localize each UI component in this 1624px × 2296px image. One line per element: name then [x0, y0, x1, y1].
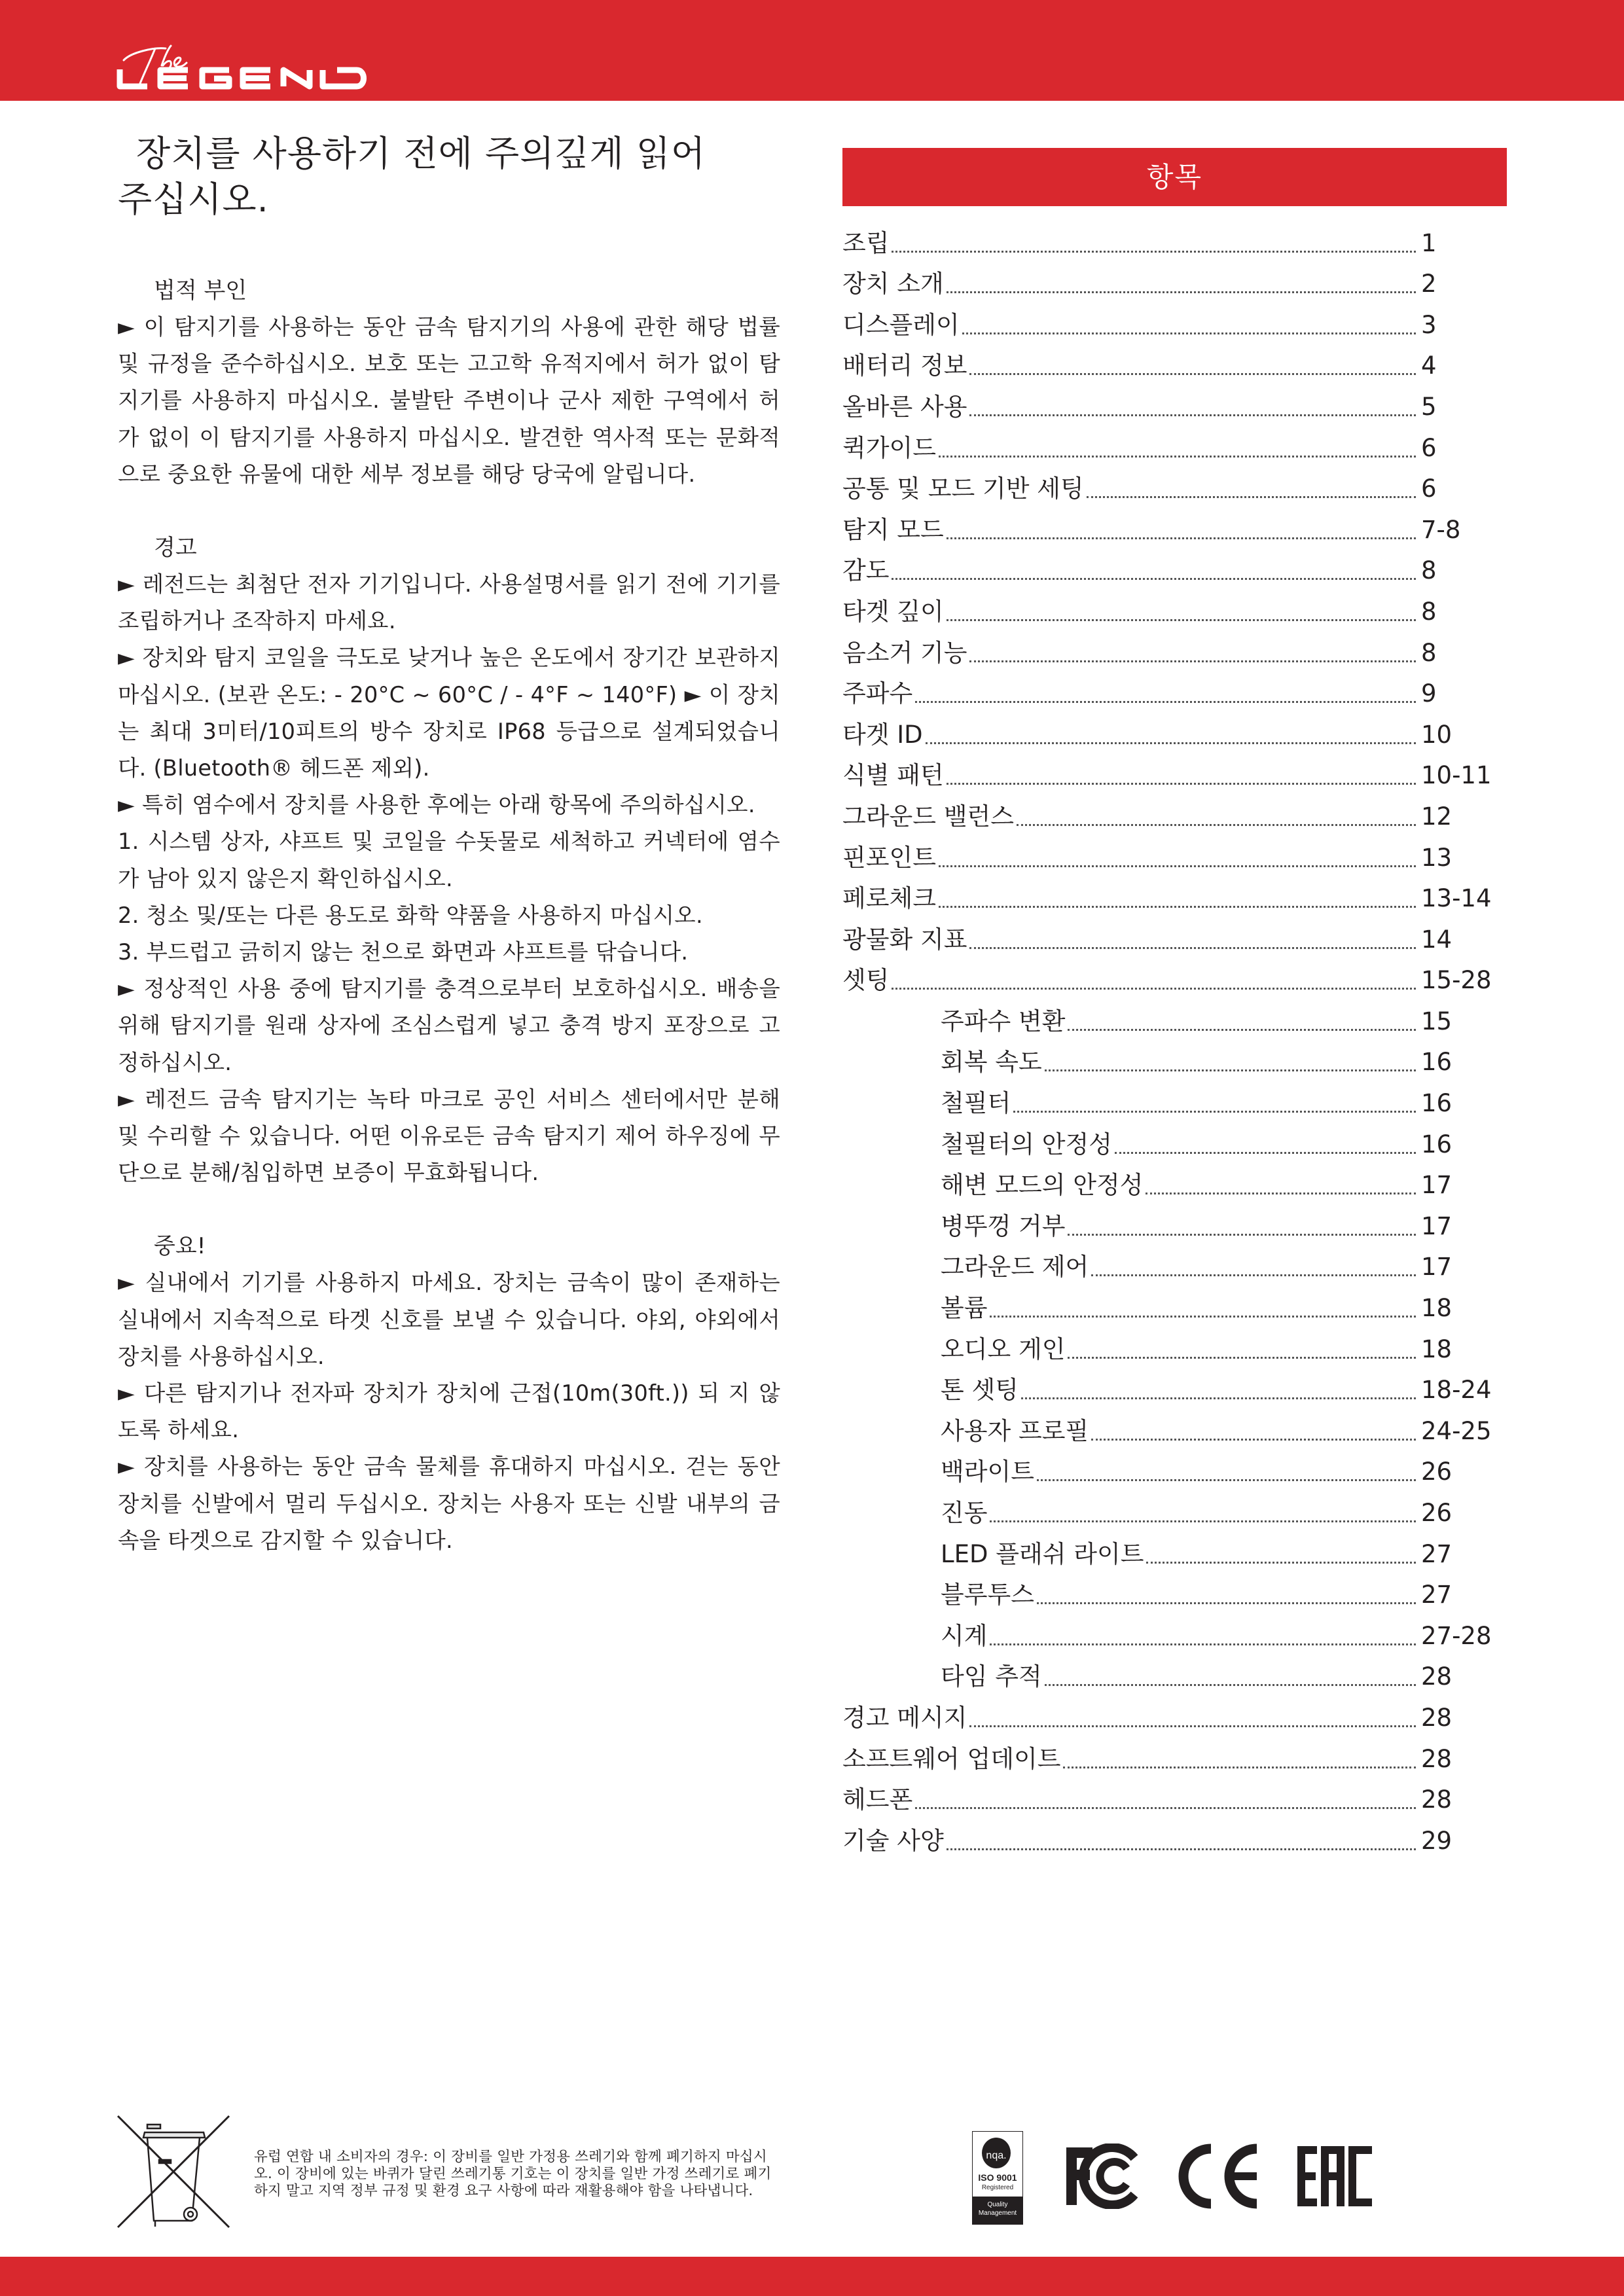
toc-leader-dots [1037, 1479, 1416, 1481]
toc-entry-label: 기술 사양 [842, 1824, 944, 1858]
toc-entry-page: 28 [1418, 1742, 1507, 1776]
toc-entry-label: 해변 모드의 안정성 [941, 1168, 1143, 1202]
toc-leader-dots [915, 1807, 1416, 1809]
toc-leader-dots [1115, 1152, 1416, 1154]
toc-entry-page: 29 [1418, 1824, 1507, 1858]
toc-entry[interactable]: 진동26 [842, 1489, 1507, 1530]
toc-entry-page: 28 [1418, 1701, 1507, 1735]
toc-entry-label: 타겟 깊이 [842, 595, 944, 629]
toc-entry-page: 10 [1418, 718, 1507, 752]
toc-entry[interactable]: 감도 8 [842, 547, 1507, 588]
toc-entry[interactable]: 타겟 ID10 [842, 711, 1507, 752]
section-heading: 법적 부인 [118, 272, 780, 309]
toc-entry-page: 1 [1418, 226, 1507, 260]
toc-entry-page: 17 [1418, 1168, 1507, 1202]
toc-list: 조립1장치 소개2디스플레이3배터리 정보4올바른 사용5퀵가이드6공통 및 모… [842, 219, 1507, 1858]
toc-entry[interactable]: 시계27-28 [842, 1612, 1507, 1653]
toc-entry-page: 14 [1418, 923, 1507, 957]
toc-entry[interactable]: 페로체크13-14 [842, 875, 1507, 916]
fcc-mark-icon [1064, 2144, 1149, 2209]
paragraph: ► 장치와 탐지 코일을 극도로 낮거나 높은 온도에서 장기간 보관하지 마십… [118, 639, 780, 787]
toc-leader-dots [947, 1848, 1416, 1850]
the-legend-logo [115, 34, 376, 93]
toc-entry[interactable]: 철필터16 [842, 1079, 1507, 1121]
toc-entry-label: 소프트웨어 업데이트 [842, 1742, 1060, 1776]
toc-entry-label: 페로체크 [842, 882, 936, 916]
paragraph: 3. 부드럽고 긁히지 않는 천으로 화면과 샤프트를 닦습니다. [118, 934, 780, 971]
toc-entry-label: 그라운드 제어 [941, 1250, 1089, 1284]
toc-entry[interactable]: 철필터의 안정성16 [842, 1121, 1507, 1162]
toc-entry[interactable]: 헤드폰28 [842, 1776, 1507, 1818]
paragraph: 2. 청소 및/또는 다른 용도로 화학 약품을 사용하지 마십시오. [118, 897, 780, 934]
toc-entry-page: 7-8 [1418, 513, 1507, 547]
toc-leader-dots [947, 537, 1416, 539]
toc-entry-label: 올바른 사용 [842, 390, 967, 424]
toc-entry-page: 15-28 [1418, 963, 1507, 997]
toc-entry-page: 6 [1418, 431, 1507, 465]
toc-entry-label: 장치 소개 [842, 267, 944, 301]
toc-entry-label: 퀵가이드 [842, 431, 936, 465]
toc-entry-label: 진동 [941, 1496, 987, 1530]
warning-section: 경고 ► 레전드는 최첨단 전자 기기입니다. 사용설명서를 읽기 전에 기기를… [118, 529, 780, 1191]
toc-leader-dots [915, 701, 1416, 703]
toc-entry-label: 톤 셋팅 [941, 1373, 1019, 1407]
toc-entry-page: 15 [1418, 1005, 1507, 1039]
table-of-contents: 항목 조립1장치 소개2디스플레이3배터리 정보4올바른 사용5퀵가이드6공통 … [842, 148, 1507, 1858]
toc-entry[interactable]: 백라이트26 [842, 1448, 1507, 1490]
toc-leader-dots [1091, 1439, 1416, 1441]
toc-entry[interactable]: 타겟 깊이8 [842, 588, 1507, 629]
toc-entry-label: 주파수 변환 [941, 1005, 1065, 1039]
toc-entry-page: 17 [1418, 1210, 1507, 1244]
toc-leader-dots [1087, 496, 1416, 498]
toc-entry-page: 13-14 [1418, 882, 1507, 916]
toc-entry-page: 5 [1418, 390, 1507, 424]
iso-status: Registered [973, 2184, 1022, 2191]
toc-entry-page: 2 [1418, 267, 1507, 301]
toc-entry-label: 음소거 기능 [842, 636, 967, 670]
nqa-logo: nqa. [982, 2138, 1011, 2168]
toc-entry[interactable]: 오디오 게인18 [842, 1325, 1507, 1367]
toc-entry-page: 6 [1418, 472, 1507, 506]
toc-entry-label: 식별 패턴 [842, 759, 944, 793]
toc-leader-dots [947, 783, 1416, 785]
toc-entry-page: 8 [1418, 595, 1507, 629]
toc-entry[interactable]: 광물화 지표14 [842, 916, 1507, 957]
toc-leader-dots [1045, 1684, 1416, 1686]
toc-entry[interactable]: 톤 셋팅18-24 [842, 1367, 1507, 1408]
toc-entry-label: 볼륨 [941, 1291, 987, 1325]
toc-entry-label: 배터리 정보 [842, 349, 967, 383]
toc-entry-label: LED 플래쉬 라이트 [941, 1537, 1144, 1571]
toc-entry-page: 18 [1418, 1291, 1507, 1325]
paragraph: ► 레전드 금속 탐지기는 녹타 마크로 공인 서비스 센터에서만 분해 및 수… [118, 1081, 780, 1192]
toc-entry-label: 병뚜껑 거부 [941, 1210, 1065, 1244]
toc-entry-label: 회복 속도 [941, 1045, 1042, 1079]
toc-entry-page: 8 [1418, 554, 1507, 588]
toc-entry-label: 디스플레이 [842, 308, 960, 342]
iso-standard: ISO 9001 [973, 2172, 1022, 2183]
toc-entry-label: 주파수 [842, 677, 912, 711]
toc-entry-label: 그라운드 밸런스 [842, 800, 1014, 834]
toc-leader-dots [1017, 824, 1416, 826]
paragraph: ► 레전드는 최첨단 전자 기기입니다. 사용설명서를 읽기 전에 기기를 조립… [118, 566, 780, 639]
toc-entry[interactable]: 핀포인트13 [842, 834, 1507, 875]
toc-entry[interactable]: 음소거 기능8 [842, 629, 1507, 670]
toc-entry-label: 광물화 지표 [842, 923, 967, 957]
toc-leader-dots [990, 1520, 1416, 1522]
toc-leader-dots [939, 456, 1416, 457]
toc-entry-page: 16 [1418, 1045, 1507, 1079]
toc-leader-dots [947, 619, 1416, 621]
toc-entry-label: 헤드폰 [842, 1783, 912, 1817]
toc-leader-dots [1045, 1069, 1416, 1071]
toc-leader-dots [1068, 1234, 1416, 1236]
toc-leader-dots [969, 660, 1416, 662]
toc-leader-dots [962, 332, 1416, 334]
page-title: 장치를 사용하기 전에 주의깊게 읽어 주십시오. [118, 131, 780, 223]
toc-entry-label: 핀포인트 [842, 841, 936, 875]
toc-entry[interactable]: 그라운드 제어17 [842, 1244, 1507, 1285]
paragraph: ► 정상적인 사용 중에 탐지기를 충격으로부터 보호하십시오. 배송을 위해 … [118, 971, 780, 1081]
paragraph: ► 실내에서 기기를 사용하지 마세요. 장치는 금속이 많이 존재하는 실내에… [118, 1265, 780, 1375]
toc-leader-dots [1091, 1274, 1416, 1276]
toc-leader-dots [892, 578, 1416, 580]
weee-bin-icon [115, 2113, 232, 2231]
toc-entry-label: 경고 메시지 [842, 1701, 967, 1735]
toc-entry[interactable]: 배터리 정보4 [842, 342, 1507, 384]
toc-entry[interactable]: 해변 모드의 안정성17 [842, 1162, 1507, 1203]
toc-entry[interactable]: 조립1 [842, 219, 1507, 260]
toc-entry-label: 조립 [842, 226, 889, 260]
toc-entry-page: 16 [1418, 1128, 1507, 1162]
toc-leader-dots [969, 947, 1416, 949]
toc-entry[interactable]: 식별 패턴10-11 [842, 752, 1507, 793]
toc-entry-label: 시계 [941, 1619, 987, 1653]
toc-entry-page: 27-28 [1418, 1619, 1507, 1653]
toc-leader-dots [969, 414, 1416, 416]
toc-leader-dots [1013, 1111, 1416, 1113]
toc-entry-page: 17 [1418, 1250, 1507, 1284]
page-title-line2: 주십시오. [118, 177, 780, 223]
toc-entry[interactable]: 셋팅15-28 [842, 957, 1507, 998]
toc-entry-label: 백라이트 [941, 1455, 1034, 1489]
toc-leader-dots [990, 1316, 1416, 1318]
toc-entry-page: 9 [1418, 677, 1507, 711]
toc-leader-dots [926, 742, 1416, 744]
toc-entry[interactable]: 블루투스27 [842, 1571, 1507, 1613]
page-title-line1: 장치를 사용하기 전에 주의깊게 읽어 [136, 133, 706, 174]
eac-mark-icon [1295, 2144, 1373, 2209]
toc-entry-page: 27 [1418, 1537, 1507, 1571]
toc-entry[interactable]: 탐지 모드7-8 [842, 506, 1507, 547]
toc-entry[interactable]: 디스플레이3 [842, 301, 1507, 342]
toc-entry[interactable]: 그라운드 밸런스12 [842, 793, 1507, 834]
toc-entry-label: 철필터의 안정성 [941, 1128, 1112, 1162]
important-section: 중요! ► 실내에서 기기를 사용하지 마세요. 장치는 금속이 많이 존재하는… [118, 1228, 780, 1559]
iso-quality-label: Quality Management [973, 2197, 1022, 2224]
toc-leader-dots [990, 1643, 1416, 1645]
section-heading: 중요! [118, 1228, 780, 1265]
toc-entry[interactable]: 올바른 사용5 [842, 383, 1507, 424]
toc-entry-page: 28 [1418, 1783, 1507, 1817]
toc-entry-page: 27 [1418, 1578, 1507, 1612]
toc-leader-dots [947, 291, 1416, 293]
toc-entry-page: 18 [1418, 1333, 1507, 1367]
toc-entry-label: 블루투스 [941, 1578, 1034, 1612]
toc-entry-page: 28 [1418, 1660, 1507, 1694]
ce-mark-icon [1172, 2144, 1263, 2209]
header-bar [0, 0, 1624, 101]
toc-leader-dots [969, 1725, 1416, 1727]
toc-entry[interactable]: 기술 사양29 [842, 1817, 1507, 1858]
toc-entry[interactable]: 주파수 변환15 [842, 997, 1507, 1039]
toc-entry[interactable]: LED 플래쉬 라이트27 [842, 1530, 1507, 1571]
toc-entry[interactable]: 장치 소개2 [842, 260, 1507, 302]
toc-entry-page: 18-24 [1418, 1373, 1507, 1407]
toc-title: 항목 [842, 148, 1507, 206]
iso-9001-badge: nqa. ISO 9001 Registered Quality Managem… [972, 2131, 1023, 2225]
toc-entry-page: 3 [1418, 308, 1507, 342]
toc-entry-label: 철필터 [941, 1086, 1011, 1121]
toc-entry[interactable]: 병뚜껑 거부17 [842, 1202, 1507, 1244]
toc-leader-dots [939, 906, 1416, 908]
section-heading: 경고 [118, 529, 780, 566]
toc-leader-dots [1146, 1193, 1416, 1194]
toc-entry-label: 공통 및 모드 기반 세팅 [842, 472, 1084, 506]
paragraph: ► 이 탐지기를 사용하는 동안 금속 탐지기의 사용에 관한 해당 법률 및 … [118, 309, 780, 493]
toc-entry-page: 26 [1418, 1496, 1507, 1530]
toc-entry-label: 감도 [842, 554, 889, 588]
paragraph: ► 장치를 사용하는 동안 금속 물체를 휴대하지 마십시오. 걷는 동안 장치… [118, 1448, 780, 1559]
toc-leader-dots [892, 988, 1416, 990]
toc-entry[interactable]: 주파수9 [842, 670, 1507, 711]
toc-entry[interactable]: 회복 속도16 [842, 1039, 1507, 1080]
toc-entry[interactable]: 공통 및 모드 기반 세팅6 [842, 465, 1507, 507]
toc-leader-dots [1068, 1357, 1416, 1359]
toc-entry-page: 26 [1418, 1455, 1507, 1489]
toc-entry-page: 13 [1418, 841, 1507, 875]
weee-disposal-notice: 유럽 연합 내 소비자의 경우: 이 장비를 일반 가정용 쓰레기와 함께 폐기… [254, 2149, 783, 2200]
toc-entry[interactable]: 사용자 프로필24-25 [842, 1407, 1507, 1448]
toc-entry-label: 탐지 모드 [842, 513, 944, 547]
toc-entry-page: 10-11 [1418, 759, 1507, 793]
toc-entry[interactable]: 볼륨18 [842, 1284, 1507, 1325]
toc-leader-dots [1146, 1562, 1416, 1564]
toc-entry-label: 사용자 프로필 [941, 1414, 1089, 1448]
toc-leader-dots [1021, 1397, 1416, 1399]
toc-entry[interactable]: 타임 추적28 [842, 1653, 1507, 1695]
paragraph: ► 특히 염수에서 장치를 사용한 후에는 아래 항목에 주의하십시오. [118, 787, 780, 823]
toc-entry[interactable]: 퀵가이드6 [842, 424, 1507, 465]
toc-entry-page: 16 [1418, 1086, 1507, 1121]
toc-leader-dots [969, 373, 1416, 375]
toc-entry-page: 24-25 [1418, 1414, 1507, 1448]
toc-leader-dots [1068, 1029, 1416, 1031]
paragraph: 1. 시스템 상자, 샤프트 및 코일을 수돗물로 세척하고 커넥터에 염수가 … [118, 823, 780, 897]
toc-entry-label: 타겟 ID [842, 718, 923, 752]
toc-leader-dots [1063, 1767, 1416, 1768]
toc-entry-label: 셋팅 [842, 963, 889, 997]
toc-entry-page: 4 [1418, 349, 1507, 383]
paragraph: ► 다른 탐지기나 전자파 장치가 장치에 근접(10m(30ft.)) 되 지… [118, 1375, 780, 1448]
toc-leader-dots [1037, 1602, 1416, 1604]
footer-bar [0, 2257, 1624, 2296]
toc-entry[interactable]: 경고 메시지28 [842, 1694, 1507, 1735]
toc-entry-label: 타임 추적 [941, 1660, 1042, 1694]
toc-entry-label: 오디오 게인 [941, 1333, 1065, 1367]
toc-entry-page: 12 [1418, 800, 1507, 834]
legal-disclaimer-section: 법적 부인 ► 이 탐지기를 사용하는 동안 금속 탐지기의 사용에 관한 해당… [118, 272, 780, 493]
safety-instructions: 장치를 사용하기 전에 주의깊게 읽어 주십시오. 법적 부인 ► 이 탐지기를… [118, 131, 780, 1559]
toc-leader-dots [939, 865, 1416, 867]
toc-entry-page: 8 [1418, 636, 1507, 670]
toc-entry[interactable]: 소프트웨어 업데이트28 [842, 1735, 1507, 1776]
toc-leader-dots [892, 251, 1416, 253]
